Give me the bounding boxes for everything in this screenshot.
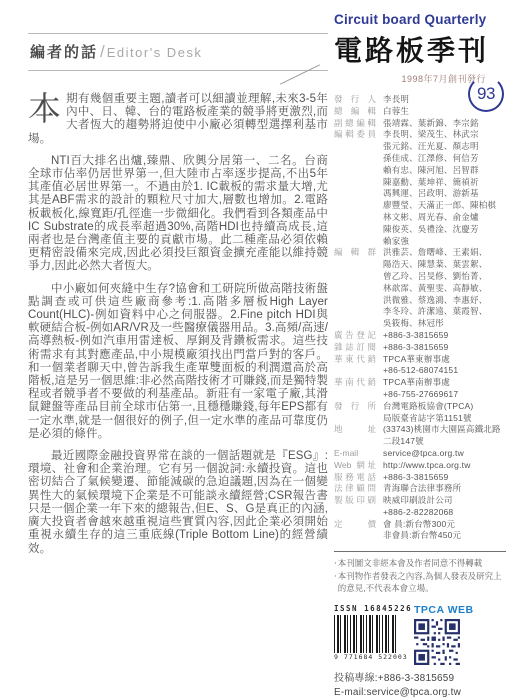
masthead-row-label: 副總編輯 [334,118,376,130]
masthead-row-label [334,212,376,224]
issue-number-badge: 93 [468,76,504,112]
masthead-row-value: 馮興運、呂政明、游新基 [383,188,506,200]
dropcap: 本 [28,93,66,123]
masthead-row-label: 華南代銷 [334,377,376,389]
masthead-row-label [334,141,376,153]
masthead-row-value: 洪雅芸、詹曙峰、王素娟、 [383,247,506,259]
masthead-row-label: E-mail [334,448,376,460]
masthead-row-label: 雜誌訂閱 [334,342,376,354]
paragraph: 中小廠如何夾縫中生存?協會和工研院所做高階技術盤點調查或可供這些廠商參考:1.高… [28,283,328,441]
masthead-row-value: +86-755-27669617 [383,389,506,401]
masthead-row: 賴有忠、陳河旭、呂智群 [334,165,506,177]
masthead-row-value: 林文彬、周光春、俞金爐 [383,212,506,224]
masthead-row: 地址 (33743)桃園市大園區高鐵北路 [334,424,506,436]
masthead-row-value: 李長明、梁茂生、林武宗 [383,129,506,141]
masthead-row: Web 網址 http://www.tpca.org.tw [334,460,506,472]
masthead-column: Circuit board Quarterly 電路板季刊 1998年7月創刊發… [334,12,506,700]
masthead-row-value: +86-512-68074151 [383,365,506,377]
masthead-row-label [334,318,376,330]
masthead-row-label: 發行人 [334,94,376,106]
masthead-row-value: 曾乙玲、呂旻修、劉怡菁、 [383,271,506,283]
section-title: 編者的話/Editor's Desk [28,34,328,70]
masthead-row-value: 孫佳成、江澤修、何信芳 [383,153,506,165]
masthead-row-value: 陳嘉勳、葉坤祥、簡禎祈 [383,177,506,189]
masthead-row-value: 青海聯合法律事務所 [383,483,506,495]
masthead-row: 洪微雅、蔡逸鴻、李惠妤、 [334,295,506,307]
masthead-row: 編輯委員 李長明、梁茂生、林武宗 [334,129,506,141]
paragraph-list: NTI百大排名出爐,臻鼎、欣興分居第一、二名。台商全球市佔率仍居世界第一,但大陸… [28,155,328,556]
masthead-row-label [334,306,376,318]
qr-code-icon [414,619,460,665]
masthead-row: 曾乙玲、呂旻修、劉怡菁、 [334,271,506,283]
masthead-row-value: +886-3-3815659 [383,330,506,342]
masthead-row-label [334,436,376,448]
masthead-row-label [334,177,376,189]
section-header: 編者的話/Editor's Desk [28,33,328,71]
masthead-row: 孫佳成、江澤修、何信芳 [334,153,506,165]
masthead-row-value: 賴家強 [383,236,506,248]
masthead-row: 廖豐瑩、天滿正一郎、陳柏棋 [334,200,506,212]
masthead-row-label: 發行所 [334,401,376,413]
header-rule [28,70,328,71]
masthead-row-label [334,507,376,519]
masthead-row: +86-755-27669617 [334,389,506,401]
masthead-row: 馮興運、呂政明、游新基 [334,188,506,200]
masthead-row-label: 華東代銷 [334,354,376,366]
masthead-row-value: (33743)桃園市大園區高鐵北路 [383,424,506,436]
issn-number: ISSN 16845226 [334,604,400,613]
issn-barcode-icon [334,615,396,653]
masthead-row: 副總編輯 張靖霖、葉新錦、李宗銘 [334,118,506,130]
masthead-row-label [334,259,376,271]
masthead-row: 陳俊英、吳禮淦、沈慶芳 [334,224,506,236]
masthead-row-value: 映威印刷設計公司 [383,495,506,507]
paragraph: 最近國際金融投資界常在談的一個話題就是『ESG』:環境、社會和企業治理。它有另一… [28,450,328,556]
masthead-row-label: 總編輯 [334,106,376,118]
masthead-row-label [334,236,376,248]
masthead-row-value: 陳俊英、吳禮淦、沈慶芳 [383,224,506,236]
masthead-row-label [334,389,376,401]
masthead-row-value: 李冬玲、許潔遠、葉霞智、 [383,306,506,318]
masthead-row-label: 服務電話 [334,472,376,484]
masthead-row: 局版臺省誌字第1151號 [334,413,506,425]
masthead-row: +886-2-82282068 [334,507,506,519]
masthead-row-value: 林歆霈、黃聖雯、高靜敏、 [383,283,506,295]
section-title-en: Editor's Desk [107,45,203,60]
masthead-row-label: 廣告登記 [334,330,376,342]
issue-number: 93 [477,84,495,104]
masthead-row-label: 地址 [334,424,376,436]
masthead-row-label [334,188,376,200]
masthead-row-value: 會 員:新台幣300元 [383,519,506,531]
masthead-row: 法律顧問 青海聯合法律事務所 [334,483,506,495]
masthead-row-value: 局版臺省誌字第1151號 [383,413,506,425]
masthead-row: 華南代銷 TPCA華南辦事處 [334,377,506,389]
masthead-row-label [334,413,376,425]
masthead-row-label: Web 網址 [334,460,376,472]
notice-divider [334,551,506,552]
masthead-row-value: 洪微雅、蔡逸鴻、李惠妤、 [383,295,506,307]
masthead-row-label [334,271,376,283]
issn-barcode-digits: 9 771684 522003 [334,653,400,661]
masthead-row-label [334,153,376,165]
masthead-row-label: 定價 [334,519,376,531]
masthead-row: E-mail service@tpca.org.tw [334,448,506,460]
masthead-row-value: 廖豐瑩、天滿正一郎、陳柏棋 [383,200,506,212]
masthead-row-value: http://www.tpca.org.tw [383,460,506,472]
masthead-row-value: 陽浩天、陳慧棻、葉雲絮、 [383,259,506,271]
masthead-row: 發行所 台灣電路板協會(TPCA) [334,401,506,413]
masthead-row-label: 編輯委員 [334,129,376,141]
journal-name-zh: 電路板季刊 [334,29,506,69]
editorial-body: 本期有幾個重要主題,讀者可以細讀並理解,未來3-5年內中、日、韓、台的電路板產業… [28,93,328,556]
notice-list: 本刊圖文非經本會及作者同意不得轉載本刊物作者發表之內容,為個人發表及研究上的意見… [334,557,506,595]
masthead-row: 李冬玲、許潔遠、葉霞智、 [334,306,506,318]
masthead-row: 雜誌訂閱 +886-3-3815659 [334,342,506,354]
paragraph: NTI百大排名出爐,臻鼎、欣興分居第一、二名。台商全球市佔率仍居世界第一,但大陸… [28,155,328,274]
masthead-row: 服務電話 +886-3-3815659 [334,472,506,484]
masthead-row-value: +886-2-82282068 [383,507,506,519]
codes-row: ISSN 16845226 9 771684 522003 TPCA WEB [334,604,506,665]
paragraph-lead: 本期有幾個重要主題,讀者可以細讀並理解,未來3-5年內中、日、韓、台的電路板產業… [28,93,328,146]
masthead-row: 林歆霈、黃聖雯、高靜敏、 [334,283,506,295]
masthead-row: 張元銘、汪光夏、顏志明 [334,141,506,153]
masthead-row: 定價 會 員:新台幣300元 [334,519,506,531]
masthead-row-label [334,530,376,542]
masthead-row: +86-512-68074151 [334,365,506,377]
masthead-row-value: TPCA華南辦事處 [383,377,506,389]
masthead-row-value: +886-3-3815659 [383,342,506,354]
masthead-row: 非會員:新台幣450元 [334,530,506,542]
masthead-row-label [334,200,376,212]
issn-block: ISSN 16845226 9 771684 522003 [334,604,400,661]
contact-email: E-mail:service@tpca.org.tw [334,686,506,700]
journal-name-en: Circuit board Quarterly [334,12,506,27]
notice-text: 本刊圖文非經本會及作者同意不得轉載 [338,557,506,570]
contact-lines: 投稿專線:+886-3-3815659 E-mail:service@tpca.… [334,672,506,700]
masthead-row: 吳筱梅、林冠彤 [334,318,506,330]
masthead-row-label [334,165,376,177]
masthead-row-label: 製版印刷 [334,495,376,507]
masthead-row: 製版印刷 映威印刷設計公司 [334,495,506,507]
masthead-row-label [334,295,376,307]
masthead-row-value: 吳筱梅、林冠彤 [383,318,506,330]
masthead-row: 林文彬、周光春、俞金爐 [334,212,506,224]
masthead-row: 陽浩天、陳慧棻、葉雲絮、 [334,259,506,271]
masthead-row-label [334,224,376,236]
masthead-row-value: 張元銘、汪光夏、顏志明 [383,141,506,153]
masthead-info: 發行人 李長明 總編輯 白蓉生 副總編輯 張靖霖、葉新錦、李宗銘 編輯委員 李長… [334,94,506,542]
masthead-row: 華東代銷 TPCA華東辦事處 [334,354,506,366]
notice-item: 本刊圖文非經本會及作者同意不得轉載 [334,557,506,570]
masthead-row: 賴家強 [334,236,506,248]
masthead-row-value: 二段147號 [383,436,506,448]
notice-text: 本刊物作者發表之內容,為個人發表及研究上的意見,不代表本會立場。 [338,570,506,595]
tpca-web-label: TPCA WEB [414,604,474,616]
masthead-row-value: +886-3-3815659 [383,472,506,484]
notice-item: 本刊物作者發表之內容,為個人發表及研究上的意見,不代表本會立場。 [334,570,506,595]
editorial-column: 編者的話/Editor's Desk 本期有幾個重要主題,讀者可以細讀並理解,未… [28,33,328,556]
masthead-row-label: 法律顧問 [334,483,376,495]
masthead-row-value: 非會員:新台幣450元 [383,530,506,542]
masthead-row-value: service@tpca.org.tw [383,448,506,460]
masthead-row-value: 台灣電路板協會(TPCA) [383,401,506,413]
masthead-row: 二段147號 [334,436,506,448]
tpca-web-block: TPCA WEB [414,604,474,665]
submission-hotline: 投稿專線:+886-3-3815659 [334,672,506,686]
paragraph-lead-text: 期有幾個重要主題,讀者可以細讀並理解,未來3-5年內中、日、韓、台的電路板產業的… [28,93,328,145]
section-title-zh: 編者的話 [30,44,98,61]
masthead-row-label [334,283,376,295]
masthead-row-value: TPCA華東辦事處 [383,354,506,366]
masthead-row-value: 張靖霖、葉新錦、李宗銘 [383,118,506,130]
masthead-row: 陳嘉勳、葉坤祥、簡禎祈 [334,177,506,189]
masthead-row-label [334,365,376,377]
masthead-row: 編輯群 洪雅芸、詹曙峰、王素娟、 [334,247,506,259]
masthead-row: 廣告登記 +886-3-3815659 [334,330,506,342]
masthead-row-label: 編輯群 [334,247,376,259]
magazine-page: 編者的話/Editor's Desk 本期有幾個重要主題,讀者可以細讀並理解,未… [0,0,512,700]
title-slash: / [98,42,107,61]
masthead-row-value: 賴有忠、陳河旭、呂智群 [383,165,506,177]
